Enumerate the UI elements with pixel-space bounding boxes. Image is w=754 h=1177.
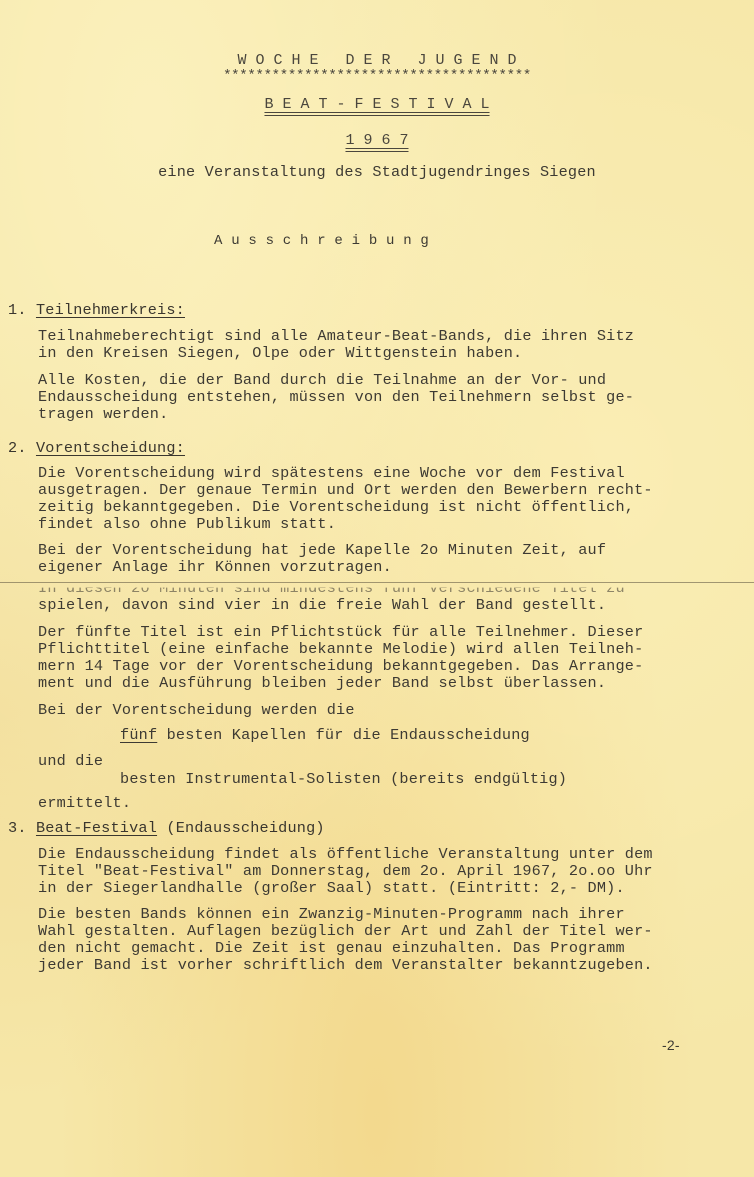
festival-title: B E A T - F E S T I V A L xyxy=(264,96,489,113)
section-2-line: ermittelt. xyxy=(38,795,131,812)
section-1-heading: 1. Teilnehmerkreis: xyxy=(8,302,185,319)
section-2-line: besten Instrumental-Solisten (bereits en… xyxy=(120,771,567,788)
section-1-line: Endausscheidung entstehen, müssen von de… xyxy=(38,389,634,406)
section-2-line: Die Vorentscheidung wird spätestens eine… xyxy=(38,465,625,482)
section-2-line: Der fünfte Titel ist ein Pflichtstück fü… xyxy=(38,624,643,641)
section-3-heading: 3. Beat-Festival (Endausscheidung) xyxy=(8,820,325,837)
section-3-line: Die besten Bands können ein Zwanzig-Minu… xyxy=(38,906,625,923)
section-number: 2. xyxy=(8,439,27,457)
section-3-line: in der Siegerlandhalle (großer Saal) sta… xyxy=(38,880,625,897)
festival-title-wrap: B E A T - F E S T I V A L xyxy=(0,96,754,113)
section-1-line: Teilnahmeberechtigt sind alle Amateur-Be… xyxy=(38,328,634,345)
section-3-line: den nicht gemacht. Die Zeit ist genau ei… xyxy=(38,940,625,957)
star-divider: ************************************** xyxy=(0,68,754,85)
section-number: 1. xyxy=(8,301,27,319)
section-2-line: Pflichttitel (eine einfache bekannte Mel… xyxy=(38,641,643,658)
section-2-line: ausgetragen. Der genaue Termin und Ort w… xyxy=(38,482,653,499)
line-rest: besten Kapellen für die Endausscheidung xyxy=(157,726,530,744)
section-3-line: Titel "Beat-Festival" am Donnerstag, dem… xyxy=(38,863,653,880)
page-number: -2- xyxy=(662,1037,680,1054)
section-2-line: Bei der Vorentscheidung werden die xyxy=(38,702,355,719)
emphasis-fuenf: fünf xyxy=(120,726,157,744)
section-1-line: tragen werden. xyxy=(38,406,168,423)
section-3-line: jeder Band ist vorher schriftlich dem Ve… xyxy=(38,957,653,974)
section-2-heading: 2. Vorentscheidung: xyxy=(8,440,185,457)
section-2-line: fünf besten Kapellen für die Endausschei… xyxy=(120,727,530,744)
section-1-line: Alle Kosten, die der Band durch die Teil… xyxy=(38,372,606,389)
section-title: Vorentscheidung: xyxy=(36,439,185,457)
section-2-line: und die xyxy=(38,753,103,770)
section-2-line: spielen, davon sind vier in die freie Wa… xyxy=(38,597,606,614)
section-title-suffix: (Endausscheidung) xyxy=(157,819,325,837)
document-type: A u s s c h r e i b u n g xyxy=(214,233,429,250)
festival-year: 1 9 6 7 xyxy=(345,132,408,149)
year-wrap: 1 9 6 7 xyxy=(0,132,754,149)
section-3-line: Die Endausscheidung findet als öffentlic… xyxy=(38,846,653,863)
event-title: W O C H E D E R J U G E N D xyxy=(0,52,754,69)
section-number: 3. xyxy=(8,819,27,837)
document-page: W O C H E D E R J U G E N D ************… xyxy=(0,0,754,1177)
section-2-line: Bei der Vorentscheidung hat jede Kapelle… xyxy=(38,542,606,559)
section-title: Beat-Festival xyxy=(36,819,157,837)
section-1-line: in den Kreisen Siegen, Olpe oder Wittgen… xyxy=(38,345,522,362)
paper-fold-line xyxy=(0,582,754,583)
section-2-line: eigener Anlage ihr Können vorzutragen. xyxy=(38,559,392,576)
section-2-line: mern 14 Tage vor der Vorentscheidung bek… xyxy=(38,658,643,675)
section-2-line: ment und die Ausführung bleiben jeder Ba… xyxy=(38,675,606,692)
section-2-line: zeitig bekanntgegeben. Die Vorentscheidu… xyxy=(38,499,634,516)
section-title: Teilnehmerkreis: xyxy=(36,301,185,319)
organizer-line: eine Veranstaltung des Stadtjugendringes… xyxy=(0,164,754,181)
section-3-line: Wahl gestalten. Auflagen bezüglich der A… xyxy=(38,923,653,940)
section-2-line: findet also ohne Publikum statt. xyxy=(38,516,336,533)
